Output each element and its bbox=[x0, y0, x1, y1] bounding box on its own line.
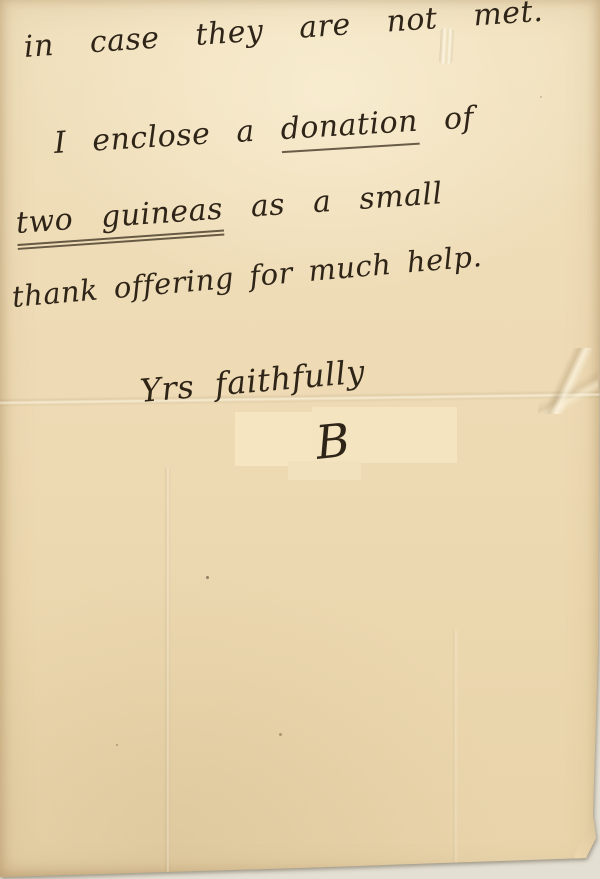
line3-double-underlined-phrase: two guineas bbox=[15, 192, 225, 250]
signature-initial: B bbox=[313, 413, 353, 470]
handwriting-line-2: I enclose a donation of bbox=[53, 100, 475, 161]
paper-speck bbox=[279, 733, 282, 736]
handwriting-line-4: thank offering for much help. bbox=[11, 239, 484, 314]
line2-text-post: of bbox=[443, 100, 475, 137]
vertical-fold-crease-left bbox=[164, 468, 171, 879]
handwriting-line-1: in case they are not met. bbox=[23, 0, 544, 65]
handwriting-line-3: two guineas as a small bbox=[15, 176, 444, 241]
paper-shadow-wrap: in case they are not met. I enclose a do… bbox=[0, 0, 600, 879]
paper-sheet: in case they are not met. I enclose a do… bbox=[0, 0, 600, 879]
right-edge-crumple bbox=[538, 348, 598, 414]
redaction-patch-left bbox=[235, 412, 312, 466]
scanned-letter-page: in case they are not met. I enclose a do… bbox=[0, 0, 600, 879]
line2-text-pre: I enclose a bbox=[53, 114, 256, 161]
vertical-fold-crease-right bbox=[452, 630, 458, 879]
line3-text-post: as a small bbox=[250, 176, 444, 224]
line2-underlined-word: donation bbox=[280, 104, 420, 153]
paper-speck bbox=[206, 576, 209, 579]
paper-speck bbox=[116, 744, 118, 746]
paper-speck bbox=[540, 96, 542, 98]
bottom-right-corner-fold bbox=[572, 818, 598, 862]
